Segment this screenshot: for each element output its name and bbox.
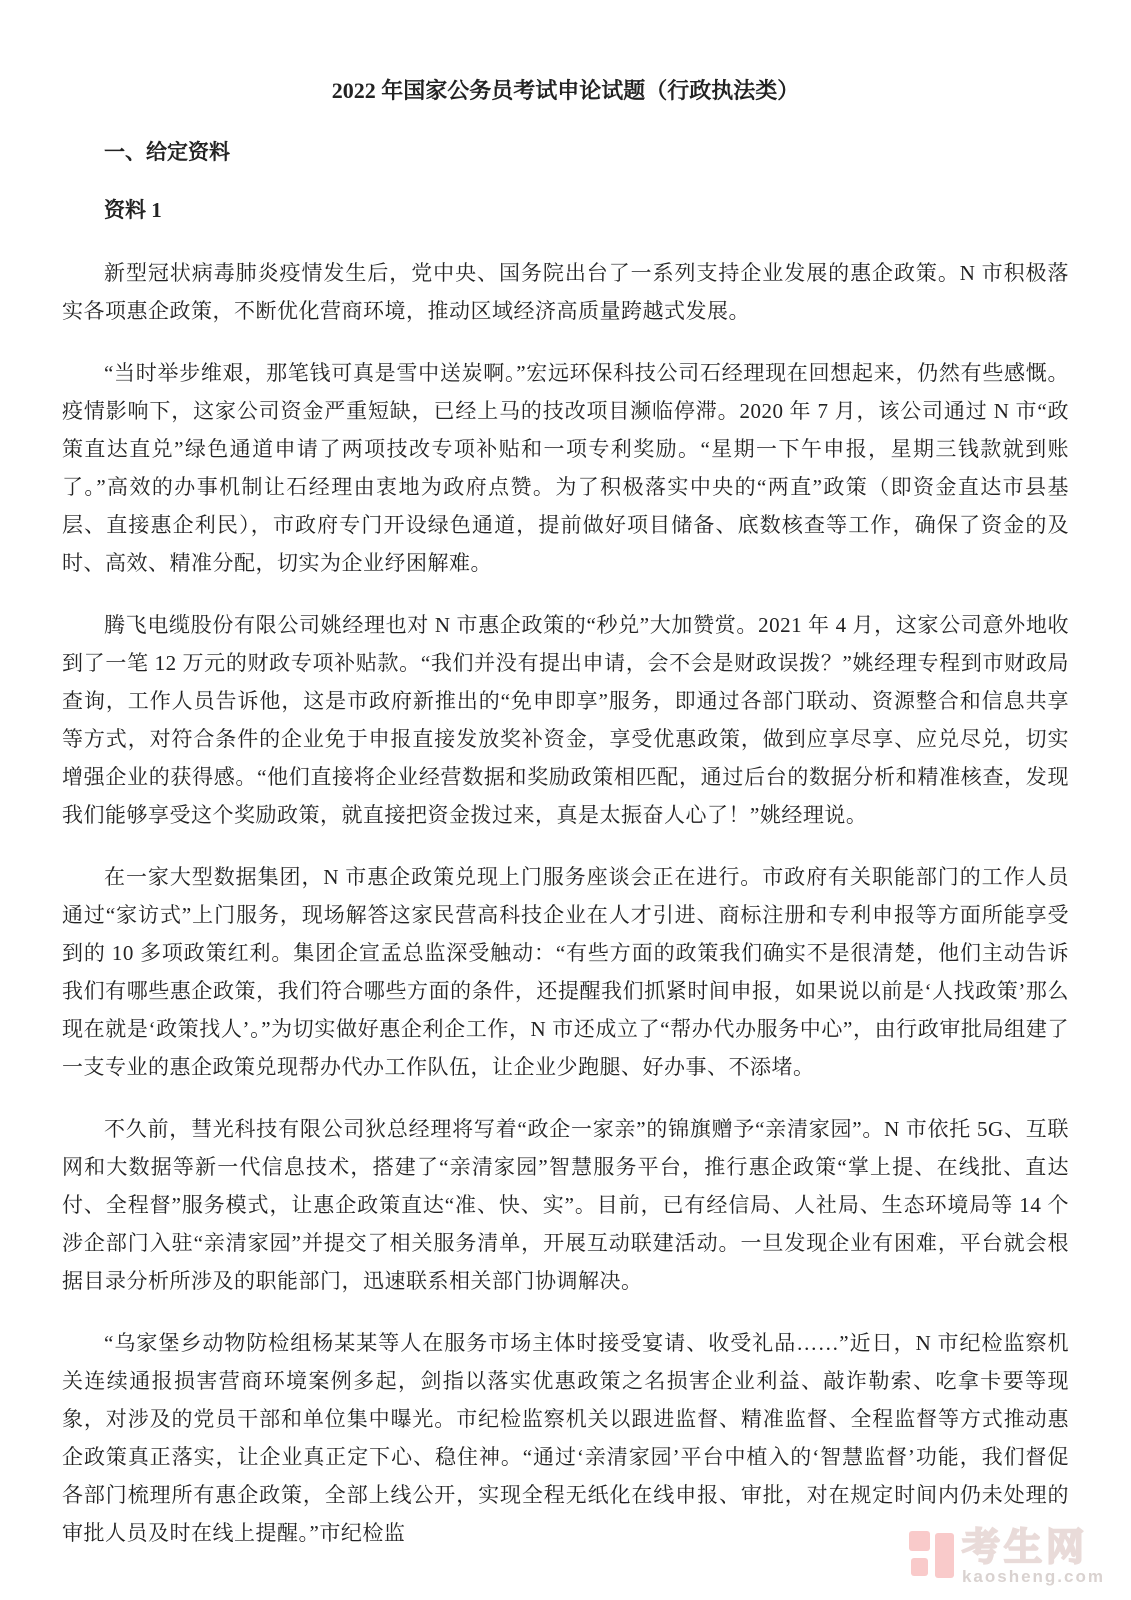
material-heading: 资料 1 <box>62 198 1069 222</box>
kaosheng-watermark: 考生网 kaosheng.com <box>908 1530 1105 1586</box>
watermark-site-domain: kaosheng.com <box>962 1568 1105 1586</box>
kaosheng-logo-icon <box>908 1530 954 1578</box>
document-title: 2022 年国家公务员考试申论试题（行政执法类） <box>62 76 1069 106</box>
section-heading: 一、给定资料 <box>62 140 1069 164</box>
paragraph-2: “当时举步维艰，那笔钱可真是雪中送炭啊。”宏远环保科技公司石经理现在回想起来，仍… <box>62 354 1069 582</box>
logo-block-top-left <box>909 1531 930 1551</box>
logo-block-bottom-left <box>911 1558 928 1576</box>
paragraph-5: 不久前，彗光科技有限公司狄总经理将写着“政企一家亲”的锦旗赠予“亲清家园”。N … <box>62 1110 1069 1300</box>
watermark-site-name: 考生网 <box>962 1530 1088 1566</box>
paragraph-4: 在一家大型数据集团，N 市惠企政策兑现上门服务座谈会正在进行。市政府有关职能部门… <box>62 858 1069 1086</box>
document-content: 2022 年国家公务员考试申论试题（行政执法类） 一、给定资料 资料 1 新型冠… <box>0 0 1131 1552</box>
paragraph-1: 新型冠状病毒肺炎疫情发生后，党中央、国务院出台了一系列支持企业发展的惠企政策。N… <box>62 254 1069 330</box>
logo-block-right-bar <box>935 1533 954 1578</box>
paragraph-3: 腾飞电缆股份有限公司姚经理也对 N 市惠企政策的“秒兑”大加赞赏。2021 年 … <box>62 606 1069 834</box>
watermark-text: 考生网 kaosheng.com <box>962 1530 1105 1586</box>
paragraph-6: “乌家堡乡动物防检组杨某某等人在服务市场主体时接受宴请、收受礼品……”近日，N … <box>62 1324 1069 1552</box>
document-page: 2022 年国家公务员考试申论试题（行政执法类） 一、给定资料 资料 1 新型冠… <box>0 0 1131 1600</box>
